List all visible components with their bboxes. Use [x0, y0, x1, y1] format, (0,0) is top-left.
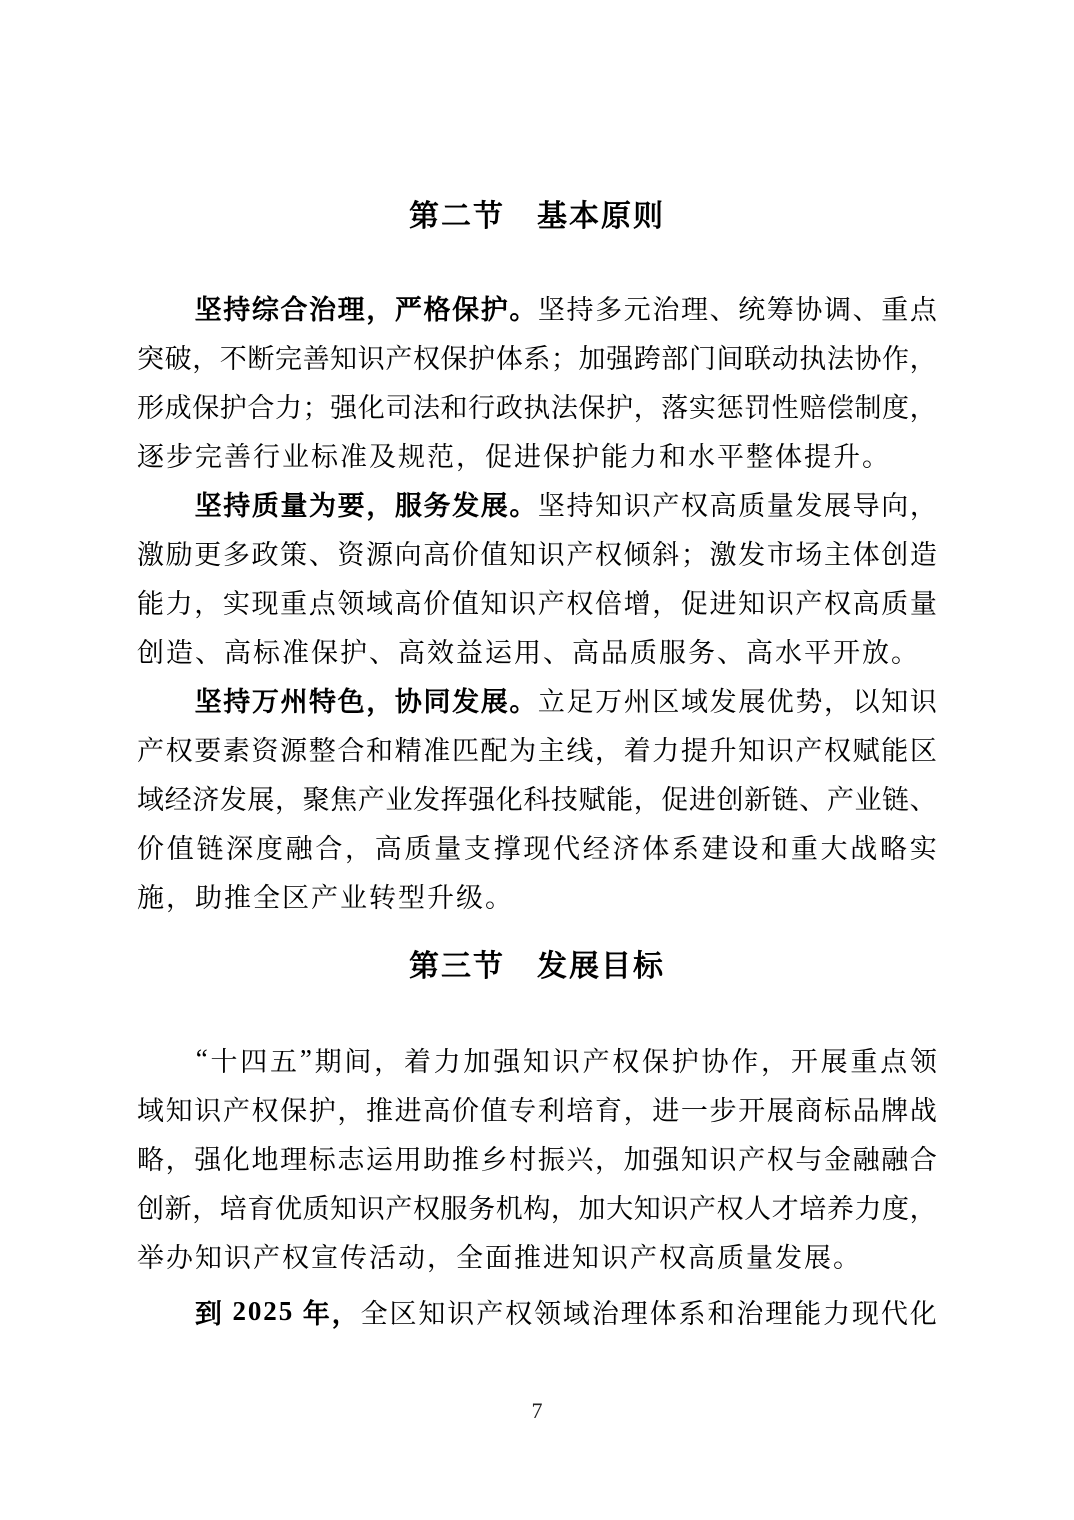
paragraph: 坚持综合治理，严格保护。坚持多元治理、统筹协调、重点突破，不断完善知识产权保护体… [137, 283, 937, 479]
text-line: “十四五”期间，着力加强知识产权保护协作，开展重点领 [137, 1035, 937, 1084]
text-line: 能力，实现重点领域高价值知识产权倍增，促进知识产权高质量 [137, 577, 937, 626]
text-line: 施，助推全区产业转型升级。 [137, 871, 937, 920]
text-line: 域经济发展，聚焦产业发挥强化科技赋能，促进创新链、产业链、 [137, 773, 937, 822]
text-line: 坚持质量为要，服务发展。坚持知识产权高质量发展导向， [137, 479, 937, 528]
paragraph: 坚持万州特色，协同发展。立足万州区域发展优势，以知识产权要素资源整合和精准匹配为… [137, 675, 937, 920]
text-line: 举办知识产权宣传活动，全面推进知识产权高质量发展。 [137, 1231, 937, 1280]
text-line: 产权要素资源整合和精准匹配为主线，着力提升知识产权赋能区 [137, 724, 937, 773]
paragraph: “十四五”期间，着力加强知识产权保护协作，开展重点领域知识产权保护，推进高价值专… [137, 1035, 937, 1280]
text-line: 突破，不断完善知识产权保护体系；加强跨部门间联动执法协作， [137, 332, 937, 381]
paragraph: 坚持质量为要，服务发展。坚持知识产权高质量发展导向，激励更多政策、资源向高价值知… [137, 479, 937, 675]
section-heading: 第二节 基本原则 [137, 197, 937, 237]
text-line: 到 2025 年，全区知识产权领域治理体系和治理能力现代化 [137, 1287, 937, 1336]
text-line: 逐步完善行业标准及规范，促进保护能力和水平整体提升。 [137, 430, 937, 479]
text-line: 价值链深度融合，高质量支撑现代经济体系建设和重大战略实 [137, 822, 937, 871]
text-line: 略，强化地理标志运用助推乡村振兴，加强知识产权与金融融合 [137, 1133, 937, 1182]
text-line: 创新，培育优质知识产权服务机构，加大知识产权人才培养力度， [137, 1182, 937, 1231]
text-line: 坚持综合治理，严格保护。坚持多元治理、统筹协调、重点 [137, 283, 937, 332]
paragraph: 到 2025 年，全区知识产权领域治理体系和治理能力现代化 [137, 1287, 937, 1336]
text-line: 域知识产权保护，推进高价值专利培育，进一步开展商标品牌战 [137, 1084, 937, 1133]
text-line: 创造、高标准保护、高效益运用、高品质服务、高水平开放。 [137, 626, 937, 675]
page-number: 7 [0, 1398, 1074, 1428]
text-line: 坚持万州特色，协同发展。立足万州区域发展优势，以知识 [137, 675, 937, 724]
document-page: 第二节 基本原则坚持综合治理，严格保护。坚持多元治理、统筹协调、重点突破，不断完… [0, 0, 1074, 1520]
document-content: 第二节 基本原则坚持综合治理，严格保护。坚持多元治理、统筹协调、重点突破，不断完… [137, 197, 937, 1336]
text-line: 形成保护合力；强化司法和行政执法保护，落实惩罚性赔偿制度， [137, 381, 937, 430]
text-line: 激励更多政策、资源向高价值知识产权倾斜；激发市场主体创造 [137, 528, 937, 577]
section-heading: 第三节 发展目标 [137, 947, 937, 987]
